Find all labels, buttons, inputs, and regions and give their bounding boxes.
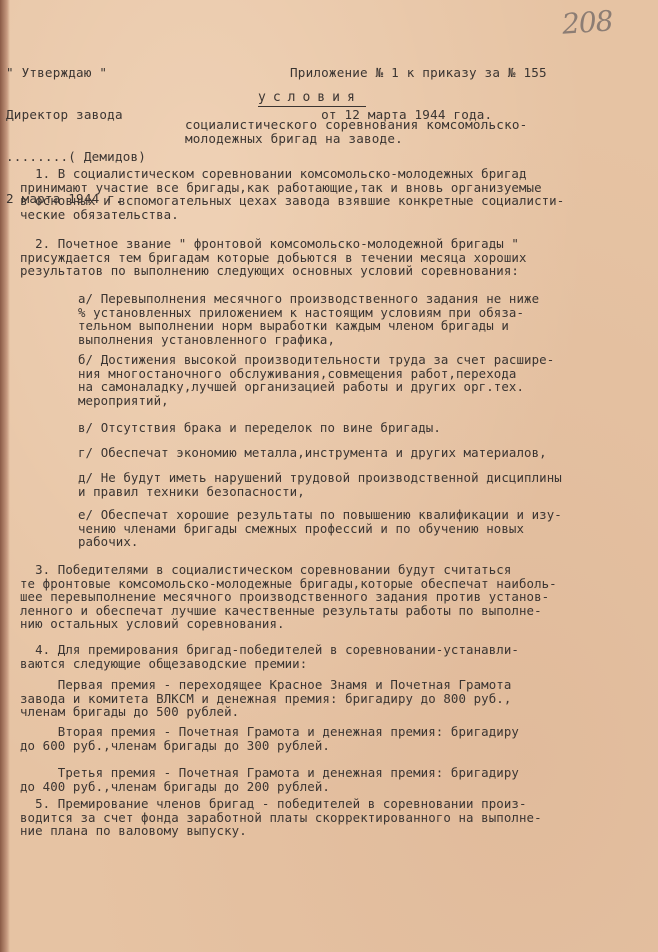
- approval-line: Директор завода: [6, 108, 146, 122]
- condition-d: д/ Не будут иметь нарушений трудовой про…: [78, 471, 562, 498]
- third-prize: Третья премия - Почетная Грамота и денеж…: [20, 766, 519, 793]
- condition-text: Не будут иметь нарушений трудовой произв…: [78, 470, 562, 499]
- document-title: условия: [258, 90, 366, 107]
- archive-page-number: 208: [561, 4, 614, 40]
- paragraph-3: 3. Победителями в социалистическом сорев…: [20, 563, 557, 631]
- condition-e: е/ Обеспечат хорошие результаты по повыш…: [78, 508, 562, 549]
- first-prize: Первая премия - переходящее Красное Знам…: [20, 678, 511, 719]
- condition-marker: в/: [78, 420, 93, 435]
- paragraph-5: 5. Премирование членов бригад - победите…: [20, 797, 542, 838]
- approval-line: ........( Демидов): [6, 150, 146, 164]
- paragraph-1: 1. В социалистическом соревновании комсо…: [20, 167, 564, 221]
- condition-text: Достижения высокой производительности тр…: [78, 352, 554, 408]
- condition-v: в/ Отсутствия брака и переделок по вине …: [78, 421, 441, 435]
- approval-line: " Утверждаю ": [6, 66, 146, 80]
- condition-text: Обеспечат хорошие результаты по повышени…: [78, 507, 562, 549]
- document-subtitle: социалистического соревнования комсомоль…: [185, 118, 527, 146]
- paragraph-2: 2. Почетное звание " фронтовой комсомоль…: [20, 237, 527, 278]
- annex-line: Приложение № 1 к приказу за № 155: [290, 66, 547, 80]
- condition-marker: г/: [78, 445, 93, 460]
- condition-a: а/ Перевыполнения месячного производстве…: [78, 292, 539, 346]
- condition-g: г/ Обеспечат экономию металла,инструмент…: [78, 446, 547, 460]
- second-prize: Вторая премия - Почетная Грамота и денеж…: [20, 725, 519, 752]
- paragraph-4: 4. Для премирования бригад-победителей в…: [20, 643, 519, 670]
- condition-b: б/ Достижения высокой производительности…: [78, 353, 554, 407]
- condition-text: Отсутствия брака и переделок по вине бри…: [101, 420, 441, 435]
- condition-text: Обеспечат экономию металла,инструмента и…: [101, 445, 547, 460]
- condition-text: Перевыполнения месячного производственно…: [78, 291, 539, 347]
